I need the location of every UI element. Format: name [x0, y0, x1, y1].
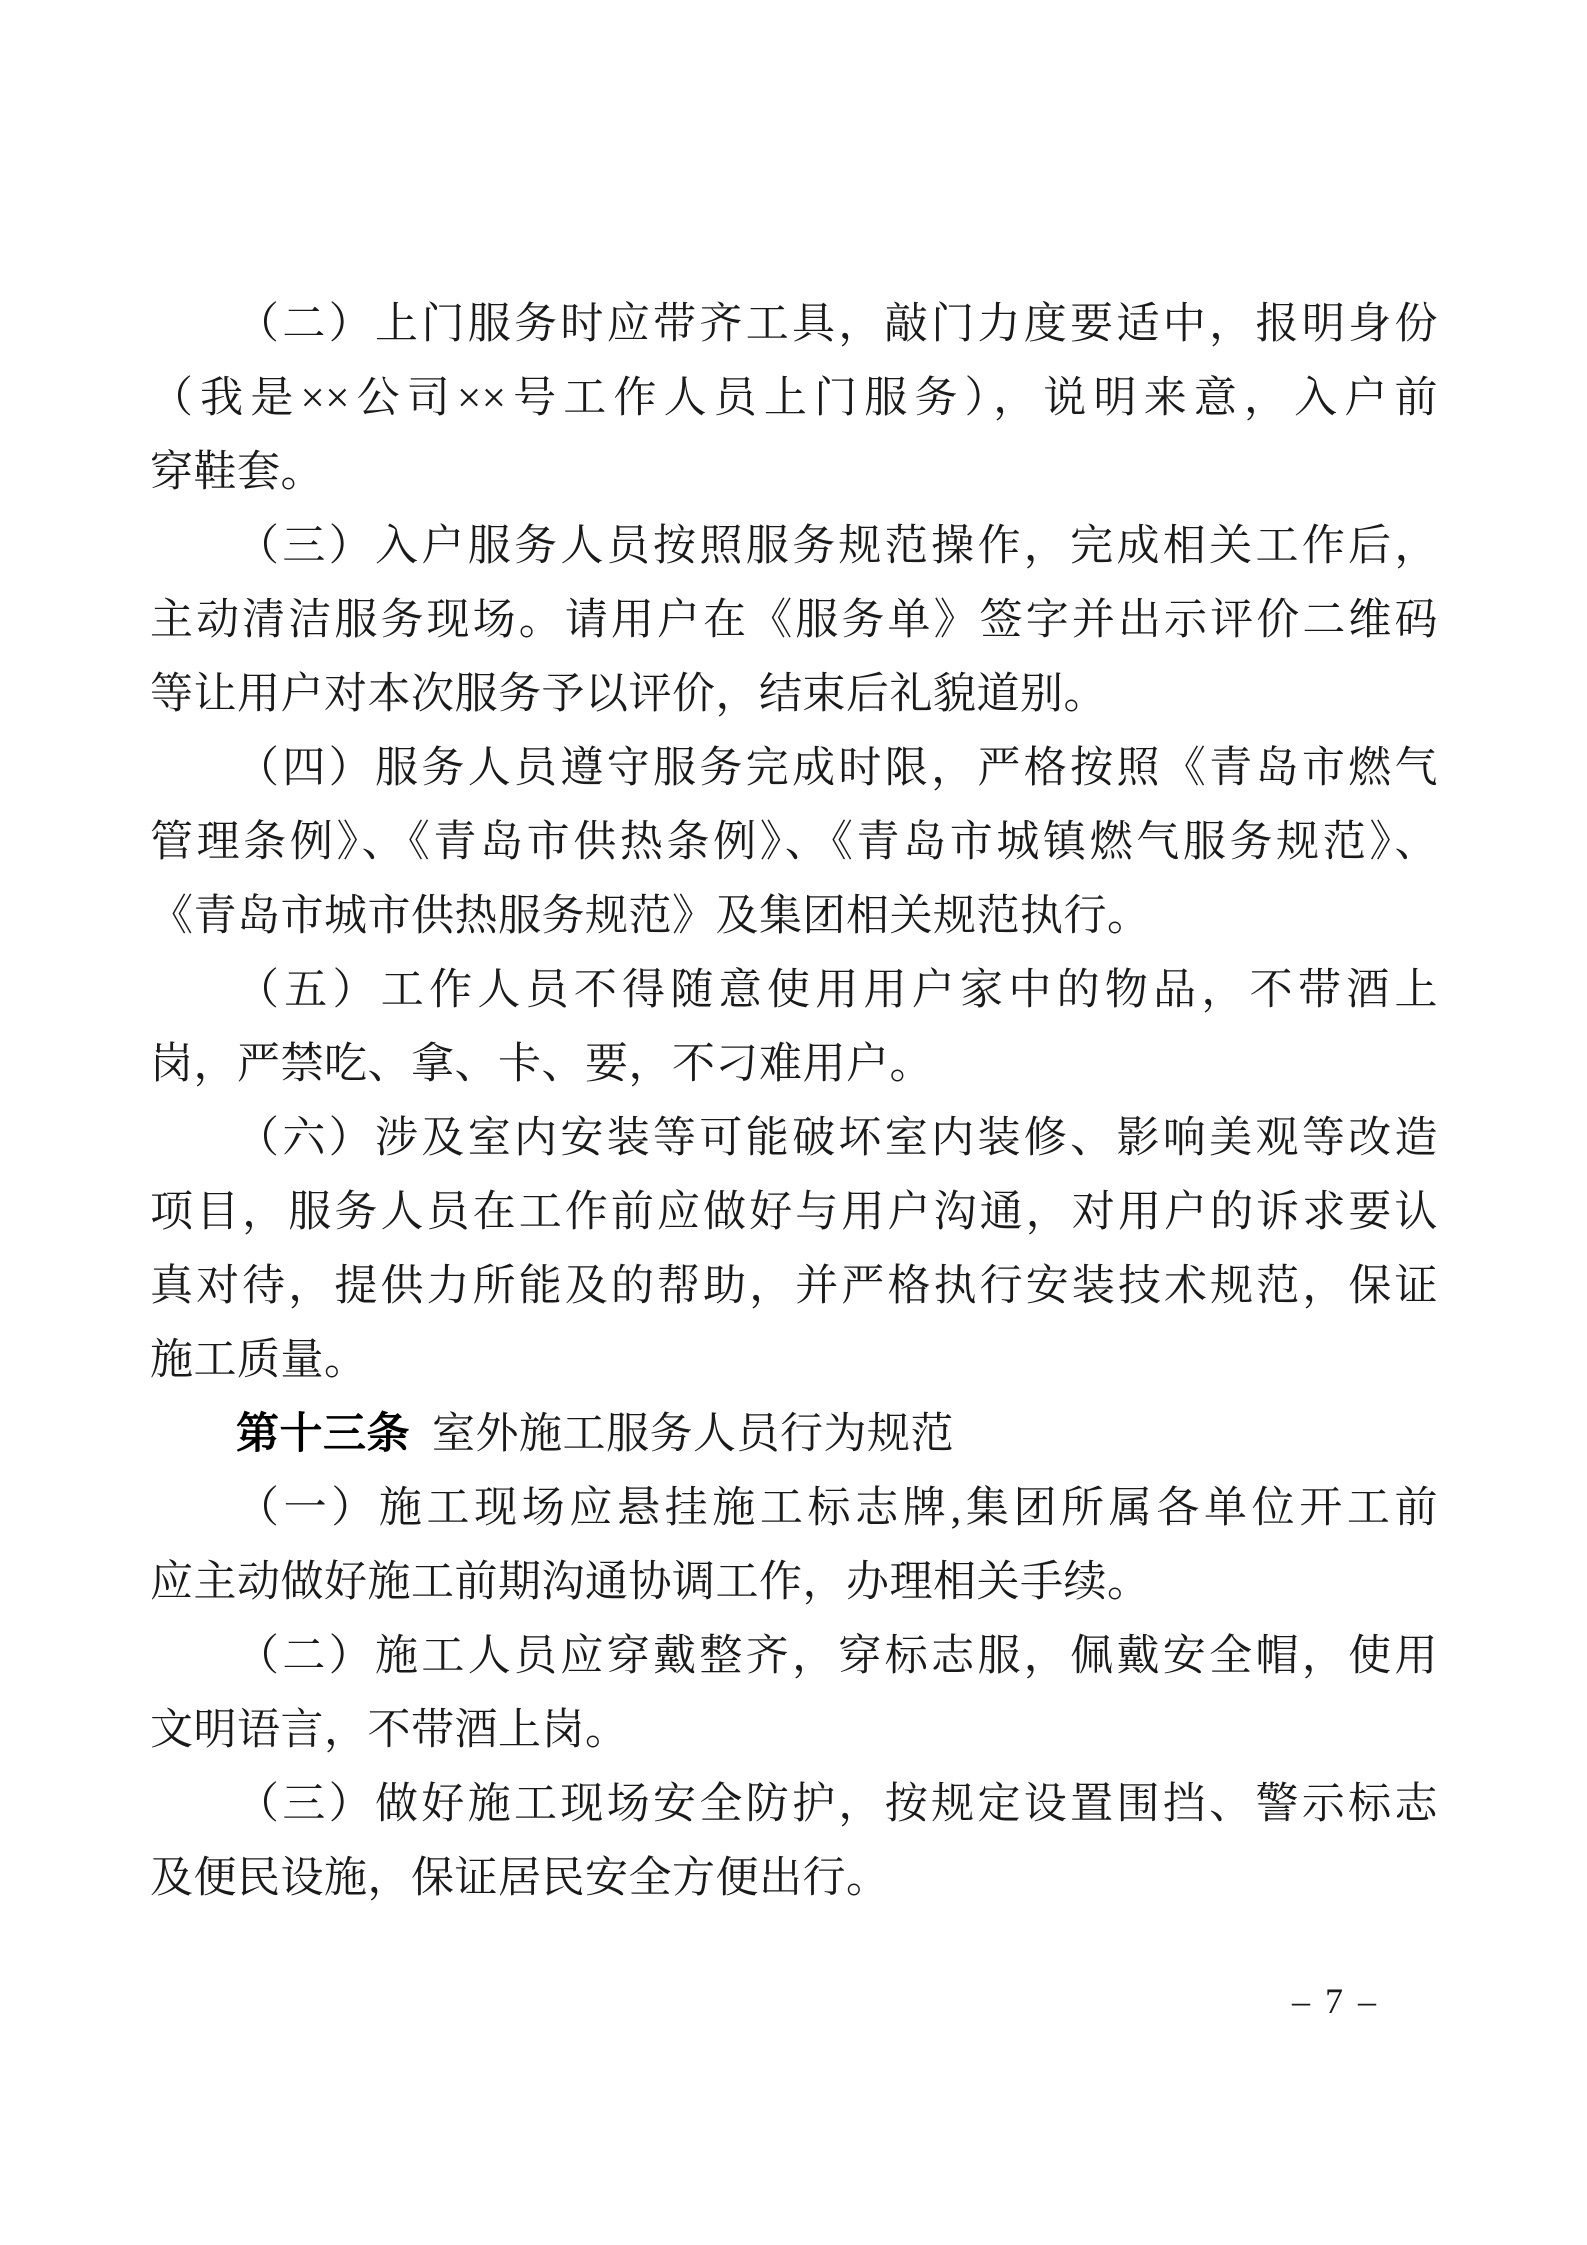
text-line: 《青岛市城市供热服务规范》及集团相关规范执行。 [150, 880, 1438, 954]
text-line: （五）工作人员不得随意使用用户家中的物品，不带酒上 [150, 954, 1438, 1028]
text-line: 真对待，提供力所能及的帮助，并严格执行安装技术规范，保证 [150, 1250, 1438, 1324]
page-number: – 7 – [1292, 1978, 1379, 2024]
text-line: 等让用户对本次服务予以评价，结束后礼貌道别。 [150, 658, 1438, 732]
article-heading: 第十三条室外施工服务人员行为规范 [150, 1398, 1438, 1472]
text-line: 主动清洁服务现场。请用户在《服务单》签字并出示评价二维码 [150, 584, 1438, 658]
text-line: 穿鞋套。 [150, 436, 1438, 510]
text-line: 文明语言，不带酒上岗。 [150, 1694, 1438, 1768]
text-line: 管理条例》、《青岛市供热条例》、《青岛市城镇燃气服务规范》、 [150, 806, 1438, 880]
text-line: 施工质量。 [150, 1324, 1438, 1398]
text-line: （六）涉及室内安装等可能破坏室内装修、影响美观等改造 [150, 1102, 1438, 1176]
document-body: （二）上门服务时应带齐工具，敲门力度要适中，报明身份（我是××公司××号工作人员… [150, 288, 1438, 1916]
text-line: 项目，服务人员在工作前应做好与用户沟通，对用户的诉求要认 [150, 1176, 1438, 1250]
text-line: （三）入户服务人员按照服务规范操作，完成相关工作后， [150, 510, 1438, 584]
text-line: （二）上门服务时应带齐工具，敲门力度要适中，报明身份 [150, 288, 1438, 362]
article-number: 第十三条 [236, 1411, 410, 1458]
text-line: （四）服务人员遵守服务完成时限，严格按照《青岛市燃气 [150, 732, 1438, 806]
text-line: 应主动做好施工前期沟通协调工作，办理相关手续。 [150, 1546, 1438, 1620]
article-title: 室外施工服务人员行为规范 [432, 1411, 954, 1458]
text-line: （一）施工现场应悬挂施工标志牌,集团所属各单位开工前 [150, 1472, 1438, 1546]
text-line: （二）施工人员应穿戴整齐，穿标志服，佩戴安全帽，使用 [150, 1620, 1438, 1694]
text-line: 岗，严禁吃、拿、卡、要，不刁难用户。 [150, 1028, 1438, 1102]
text-line: （我是××公司××号工作人员上门服务），说明来意，入户前 [150, 362, 1438, 436]
text-line: （三）做好施工现场安全防护，按规定设置围挡、警示标志 [150, 1768, 1438, 1842]
text-line: 及便民设施，保证居民安全方便出行。 [150, 1842, 1438, 1916]
